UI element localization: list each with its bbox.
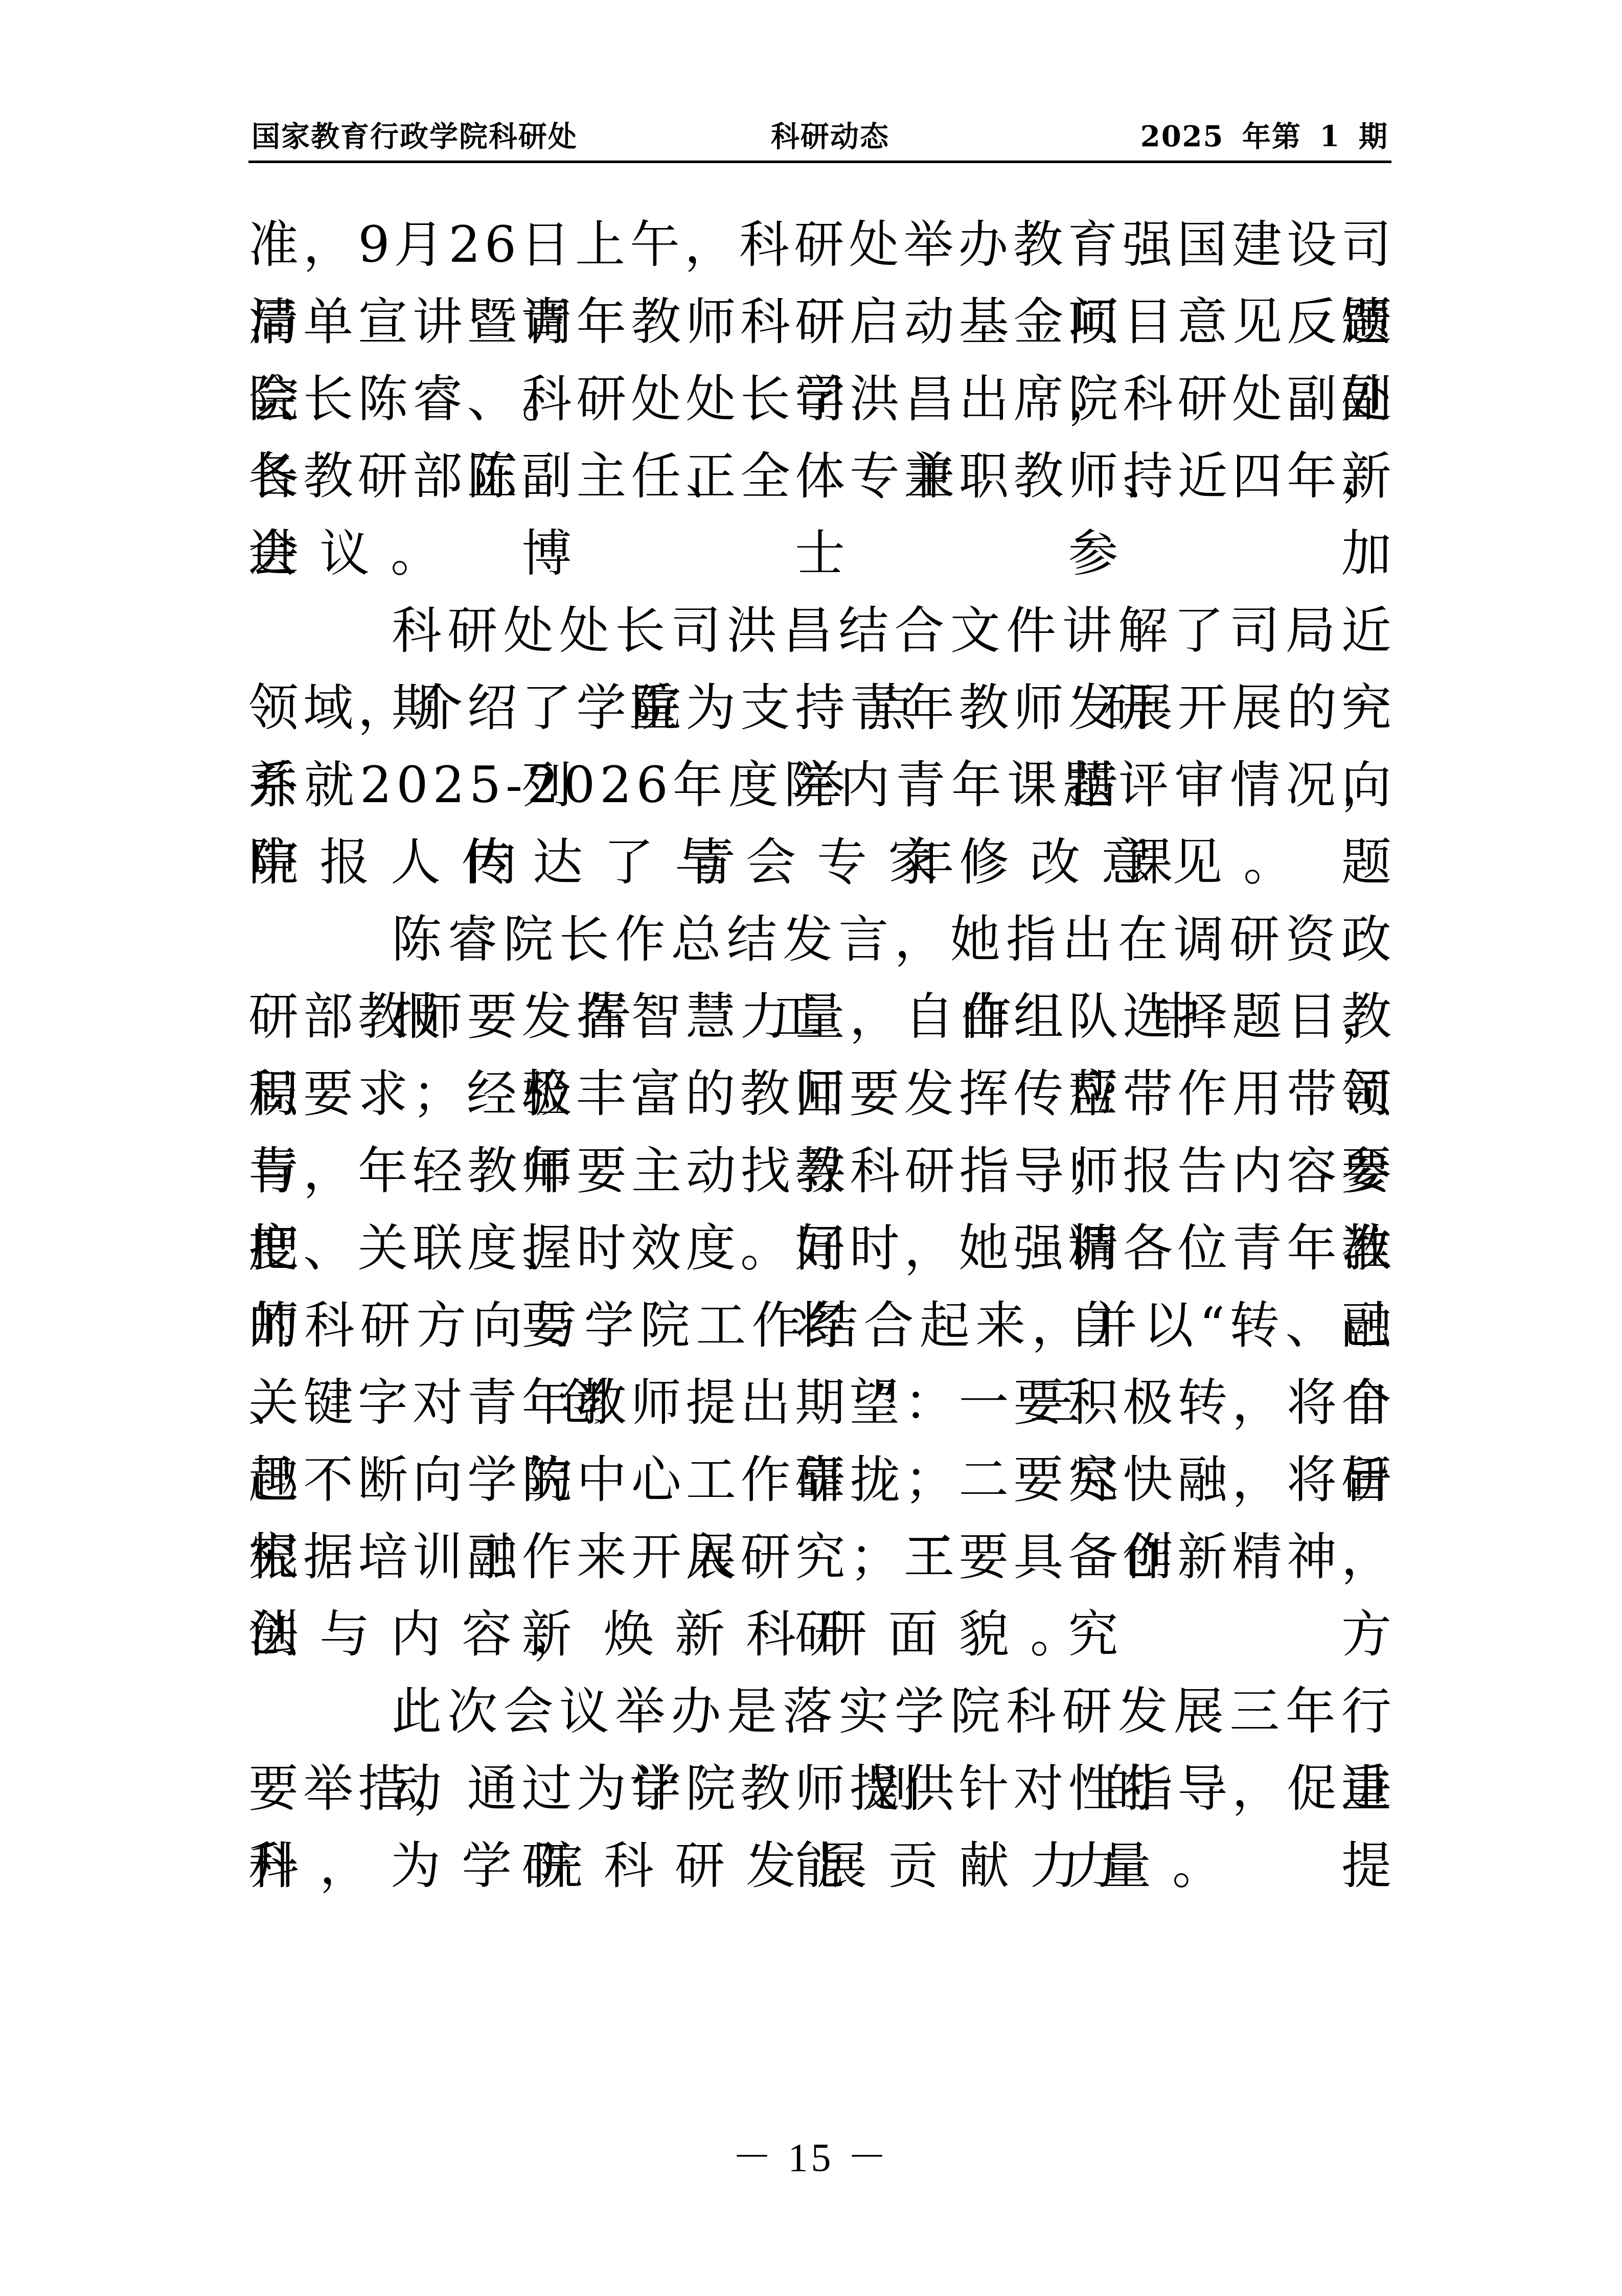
text-line: 陈 睿 院 长 作 总 结 发 言 ， 她 指 出 在 调 研 资 政 报 告 …	[248, 901, 1391, 979]
text-line: 关 键 字 对 青 年 教 师 提 出 期 望 ： 一 要 积 极 转 ， 将 …	[248, 1365, 1391, 1442]
text-line: 度 、 关 联 度 、 时 效 度 。 同 时 ， 她 强 调 各 位 青 年 …	[248, 1210, 1391, 1287]
text-line: 各 教 研 部 正 副 主 任 、 全 体 专 兼 职 教 师 、 近 四 年 …	[248, 438, 1391, 515]
paragraph: 准 ， 9 月 2 6 日 上 午 ， 科 研 处 举 办 教 育 强 国 建 …	[248, 207, 1391, 593]
text-line: 局 要 求 ； 经 验 丰 富 的 教 师 要 发 挥 传 帮 带 作 用 带 …	[248, 1056, 1391, 1133]
paragraph: 科 研 处 处 长 司 洪 昌 结 合 文 件 讲 解 了 司 局 近 期 重 …	[248, 593, 1391, 901]
header-organization: 国家教育行政学院科研处	[252, 116, 578, 157]
text-line: 趣 不 断 向 学 院 中 心 工 作 靠 拢 ； 二 要 尽 快 融 ， 将 …	[248, 1442, 1391, 1519]
article-body: 准 ， 9 月 2 6 日 上 午 ， 科 研 处 举 办 教 育 强 国 建 …	[248, 207, 1391, 1905]
text-line: 院 长 陈 睿 、 科 研 处 处 长 司 洪 昌 出 席 ， 科 研 处 副 …	[248, 361, 1391, 438]
text-line: 清 单 宣 讲 暨 青 年 教 师 科 研 启 动 基 金 项 目 意 见 反 …	[248, 284, 1391, 361]
header-divider	[248, 161, 1391, 163]
text-line: 升，为学院科研发展贡献力量。	[248, 1828, 1391, 1905]
text-line: 准 ， 9 月 2 6 日 上 午 ， 科 研 处 举 办 教 育 强 国 建 …	[248, 207, 1391, 284]
paragraph: 陈 睿 院 长 作 总 结 发 言 ， 她 指 出 在 调 研 资 政 报 告 …	[248, 901, 1391, 1673]
text-line: 要 举 措 ， 通 过 为 学 院 教 师 提 供 针 对 性 指 导 ， 促 …	[248, 1751, 1391, 1828]
paragraph: 此 次 会 议 举 办 是 落 实 学 院 科 研 发 展 三 年 行 动 计 …	[248, 1673, 1391, 1905]
text-line: 与 ， 年 轻 教 师 要 主 动 找 寻 科 研 指 导 ； 报 告 内 容 …	[248, 1133, 1391, 1210]
text-line: 科 研 处 处 长 司 洪 昌 结 合 文 件 讲 解 了 司 局 近 期 重 …	[248, 593, 1391, 670]
text-line: 的 科 研 方 向 与 学 院 工 作 结 合 起 来 ， 并 以 “ 转 、 …	[248, 1287, 1391, 1365]
text-line: 并 就 2 0 2 5 - 2 0 2 6 年 度 院 内 青 年 课 题 评 …	[248, 747, 1391, 824]
text-line: 申报人传达了与会专家修改意见。	[248, 824, 1391, 901]
header-publication-title: 科研动态	[771, 116, 889, 157]
text-line: 根 据 培 训 工 作 来 开 展 研 究 ； 三 要 具 备 创 新 精 神 …	[248, 1519, 1391, 1596]
running-header: 国家教育行政学院科研处 科研动态 2025 年第 1 期	[248, 116, 1391, 157]
text-line: 此 次 会 议 举 办 是 落 实 学 院 科 研 发 展 三 年 行 动 计 …	[248, 1673, 1391, 1751]
header-issue: 2025 年第 1 期	[1140, 116, 1388, 157]
text-line: 研 部 教 师 要 发 挥 智 慧 力 量 ， 自 由 组 队 选 择 题 目 …	[248, 979, 1391, 1056]
text-line: 领 域 ， 介 绍 了 学 院 为 支 持 青 年 教 师 发 展 开 展 的 …	[248, 670, 1391, 747]
page-number: － 15 －	[0, 2132, 1622, 2183]
